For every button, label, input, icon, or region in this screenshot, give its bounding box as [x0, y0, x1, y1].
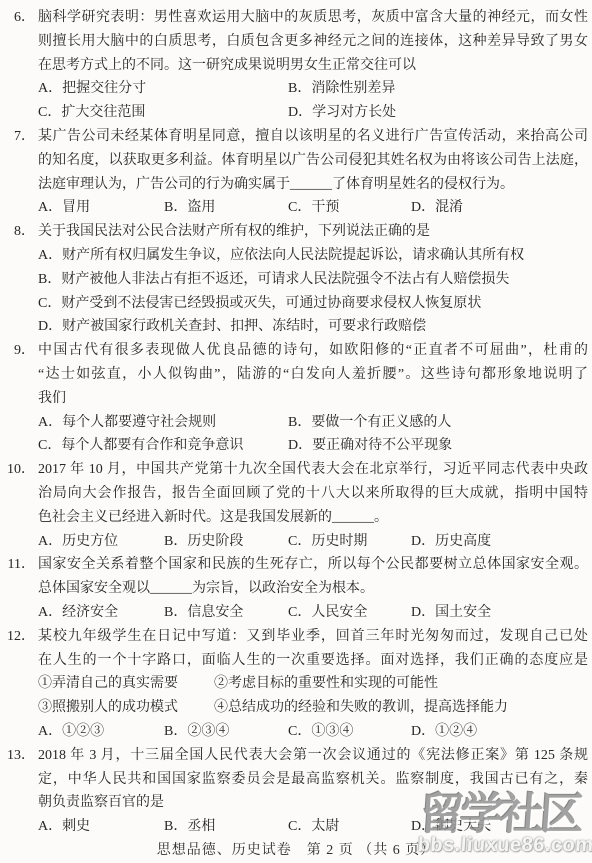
- question-text-line: 则擅长用大脑中的白质思考，白质包含更多神经元之间的连接体，这种差异导致了男女: [38, 30, 588, 54]
- option-b: B．信息安全: [164, 601, 243, 625]
- option-a: A．冒用: [38, 196, 90, 220]
- question-text-line: 某校九年级学生在日记中写道：又到毕业季，回首三年时光匆匆而过，发现自己已处: [38, 625, 588, 649]
- options-row: C．每个人都要有合作和竞争意识 D．要正确对待不公平现象: [38, 434, 588, 458]
- option-b: B．②③④: [164, 720, 229, 744]
- statement-1: ①弄清自己的真实需要: [38, 672, 178, 696]
- option-c: C．历史时期: [288, 530, 367, 554]
- question-10: 10． 2017 年 10 月，中国共产党第十九次全国代表大会在北京举行，习近平…: [6, 458, 588, 553]
- question-text-line: 我们: [38, 387, 588, 411]
- question-text-line: 在思考方式上的不同。这一研究成果说明男女生正常交往可以: [38, 54, 588, 78]
- question-text-line: 2017 年 10 月，中国共产党第十九次全国代表大会在北京举行，习近平同志代表…: [38, 458, 588, 482]
- question-6: 6． 脑科学研究表明：男性喜欢运用大脑中的灰质思考，灰质中富含大量的神经元，而女…: [6, 6, 588, 125]
- options-row: C．扩大交往范围 D．学习对方长处: [38, 101, 588, 125]
- option-c: C．每个人都要有合作和竞争意识: [38, 434, 243, 458]
- question-number: 6．: [6, 6, 35, 30]
- options-row: A．经济安全 B．信息安全 C．人民安全 D．国土安全: [38, 601, 588, 625]
- question-text-line: 定，中华人民共和国国家监察委员会是最高监察机关。监察制度，我国古已有之，秦: [38, 768, 588, 792]
- option-c: C．扩大交往范围: [38, 101, 145, 125]
- option-a: A．把握交往分寸: [38, 77, 146, 101]
- statement-3: ③照搬别人的成功模式: [38, 696, 178, 720]
- question-text-line: 总体国家安全观以______为宗旨，以政治安全为根本。: [38, 577, 588, 601]
- options-row: A．把握交往分寸 B．消除性别差异: [38, 77, 588, 101]
- question-text-line: 色社会主义已经进入新时代。这是我国发展新的______。: [38, 506, 588, 530]
- options-row: A．历史方位 B．历史阶段 C．历史时期 D．历史高度: [38, 530, 588, 554]
- option-d: D．混淆: [411, 196, 463, 220]
- option-b: B．历史阶段: [164, 530, 243, 554]
- option-a: A．①②③: [38, 720, 104, 744]
- option-d: D．①②④: [411, 720, 477, 744]
- page-footer: 思想品德、历史试卷 第 2 页 （共 6 页）: [0, 839, 592, 859]
- option-c: C．人民安全: [288, 601, 367, 625]
- option-d: D．国土安全: [411, 601, 491, 625]
- question-text-line: 2018 年 3 月，十三届全国人民代表大会第一次会议通过的《宪法修正案》第 1…: [38, 744, 588, 768]
- question-number: 11．: [6, 553, 35, 577]
- question-number: 8．: [6, 220, 35, 244]
- option-a: A．历史方位: [38, 530, 118, 554]
- question-text-line: 中国古代有很多表现做人优良品德的诗句，如欧阳修的“正直者不可屈曲”，杜甫的: [38, 339, 588, 363]
- option-a: A．财产所有权归属发生争议，应依法向人民法院提起诉讼，请求确认其所有权: [38, 244, 588, 268]
- options-row: A．①②③ B．②③④ C．①③④ D．①②④: [38, 720, 588, 744]
- exam-paper-page: 6． 脑科学研究表明：男性喜欢运用大脑中的灰质思考，灰质中富含大量的神经元，而女…: [0, 0, 592, 863]
- question-number: 10．: [6, 458, 35, 482]
- question-13: 13． 2018 年 3 月，十三届全国人民代表大会第一次会议通过的《宪法修正案…: [6, 744, 588, 839]
- question-text-line: 脑科学研究表明：男性喜欢运用大脑中的灰质思考，灰质中富含大量的神经元，而女性: [38, 6, 588, 30]
- question-text-line: 关于我国民法对公民合法财产所有权的维护，下列说法正确的是: [38, 220, 588, 244]
- options-row: A．每个人都要遵守社会规则 B．要做一个有正义感的人: [38, 411, 588, 435]
- question-text-line: 国家安全关系着整个国家和民族的生死存亡，所以每个公民都要树立总体国家安全观。: [38, 553, 588, 577]
- questions-area: 6． 脑科学研究表明：男性喜欢运用大脑中的灰质思考，灰质中富含大量的神经元，而女…: [6, 6, 588, 839]
- statement-4: ④总结成功的经验和失败的教训，提高选择能力: [214, 696, 508, 720]
- question-number: 7．: [6, 125, 35, 149]
- option-d: D．要正确对待不公平现象: [288, 434, 452, 458]
- options-row: A．冒用 B．盗用 C．干预 D．混淆: [38, 196, 588, 220]
- option-d: D．御史大夫: [411, 815, 491, 839]
- statement-row: ①弄清自己的真实需要 ②考虑目标的重要性和实现的可能性: [38, 672, 588, 696]
- option-d: D．学习对方长处: [288, 101, 396, 125]
- question-text-line: 法庭审理认为，广告公司的行为确实属于______了体育明星姓名的侵权行为。: [38, 173, 588, 197]
- question-11: 11． 国家安全关系着整个国家和民族的生死存亡，所以每个公民都要树立总体国家安全…: [6, 553, 588, 624]
- option-c: C．财产受到不法侵害已经毁损或灭失，可通过协商要求侵权人恢复原状: [38, 292, 588, 316]
- option-b: B．丞相: [164, 815, 215, 839]
- statement-row: ③照搬别人的成功模式 ④总结成功的经验和失败的教训，提高选择能力: [38, 696, 588, 720]
- question-text-line: 某广告公司未经某体育明星同意，擅自以该明星的名义进行广告宣传活动，来抬高公司: [38, 125, 588, 149]
- option-b: B．盗用: [164, 196, 215, 220]
- option-c: C．太尉: [288, 815, 339, 839]
- question-text-line: 治局向大会作报告，报告全面回顾了党的十八大以来所取得的巨大成就，指明中国特: [38, 482, 588, 506]
- option-a: A．刺史: [38, 815, 90, 839]
- question-12: 12． 某校九年级学生在日记中写道：又到毕业季，回首三年时光匆匆而过，发现自己已…: [6, 625, 588, 744]
- question-text-line: 在人生的一个十字路口，面临人生的一次重要选择。面对选择，我们正确的态度应是: [38, 649, 588, 673]
- question-7: 7． 某广告公司未经某体育明星同意，擅自以该明星的名义进行广告宣传活动，来抬高公…: [6, 125, 588, 220]
- option-c: C．①③④: [288, 720, 353, 744]
- question-number: 12．: [6, 625, 35, 649]
- options-row: A．刺史 B．丞相 C．太尉 D．御史大夫: [38, 815, 588, 839]
- option-a: A．每个人都要遵守社会规则: [38, 411, 216, 435]
- option-d: D．财产被国家行政机关查封、扣押、冻结时，可要求行政赔偿: [38, 315, 588, 339]
- statement-2: ②考虑目标的重要性和实现的可能性: [214, 672, 438, 696]
- question-text-line: “达士如弦直，小人似钩曲”，陆游的“白发向人羞折腰”。这些诗句都形象地说明了: [38, 363, 588, 387]
- option-c: C．干预: [288, 196, 339, 220]
- option-a: A．经济安全: [38, 601, 118, 625]
- question-number: 13．: [6, 744, 35, 768]
- question-text-line: 的知名度，以获取更多利益。体育明星以广告公司侵犯其姓名权为由将该公司告上法庭，: [38, 149, 588, 173]
- question-9: 9． 中国古代有很多表现做人优良品德的诗句，如欧阳修的“正直者不可屈曲”，杜甫的…: [6, 339, 588, 458]
- question-text-line: 朝负责监察百官的是: [38, 791, 588, 815]
- option-b: B．要做一个有正义感的人: [288, 411, 451, 435]
- question-8: 8． 关于我国民法对公民合法财产所有权的维护，下列说法正确的是 A．财产所有权归…: [6, 220, 588, 339]
- question-number: 9．: [6, 339, 35, 363]
- option-d: D．历史高度: [411, 530, 491, 554]
- option-b: B．财产被他人非法占有拒不返还，可请求人民法院强令不法占有人赔偿损失: [38, 268, 588, 292]
- option-b: B．消除性别差异: [288, 77, 395, 101]
